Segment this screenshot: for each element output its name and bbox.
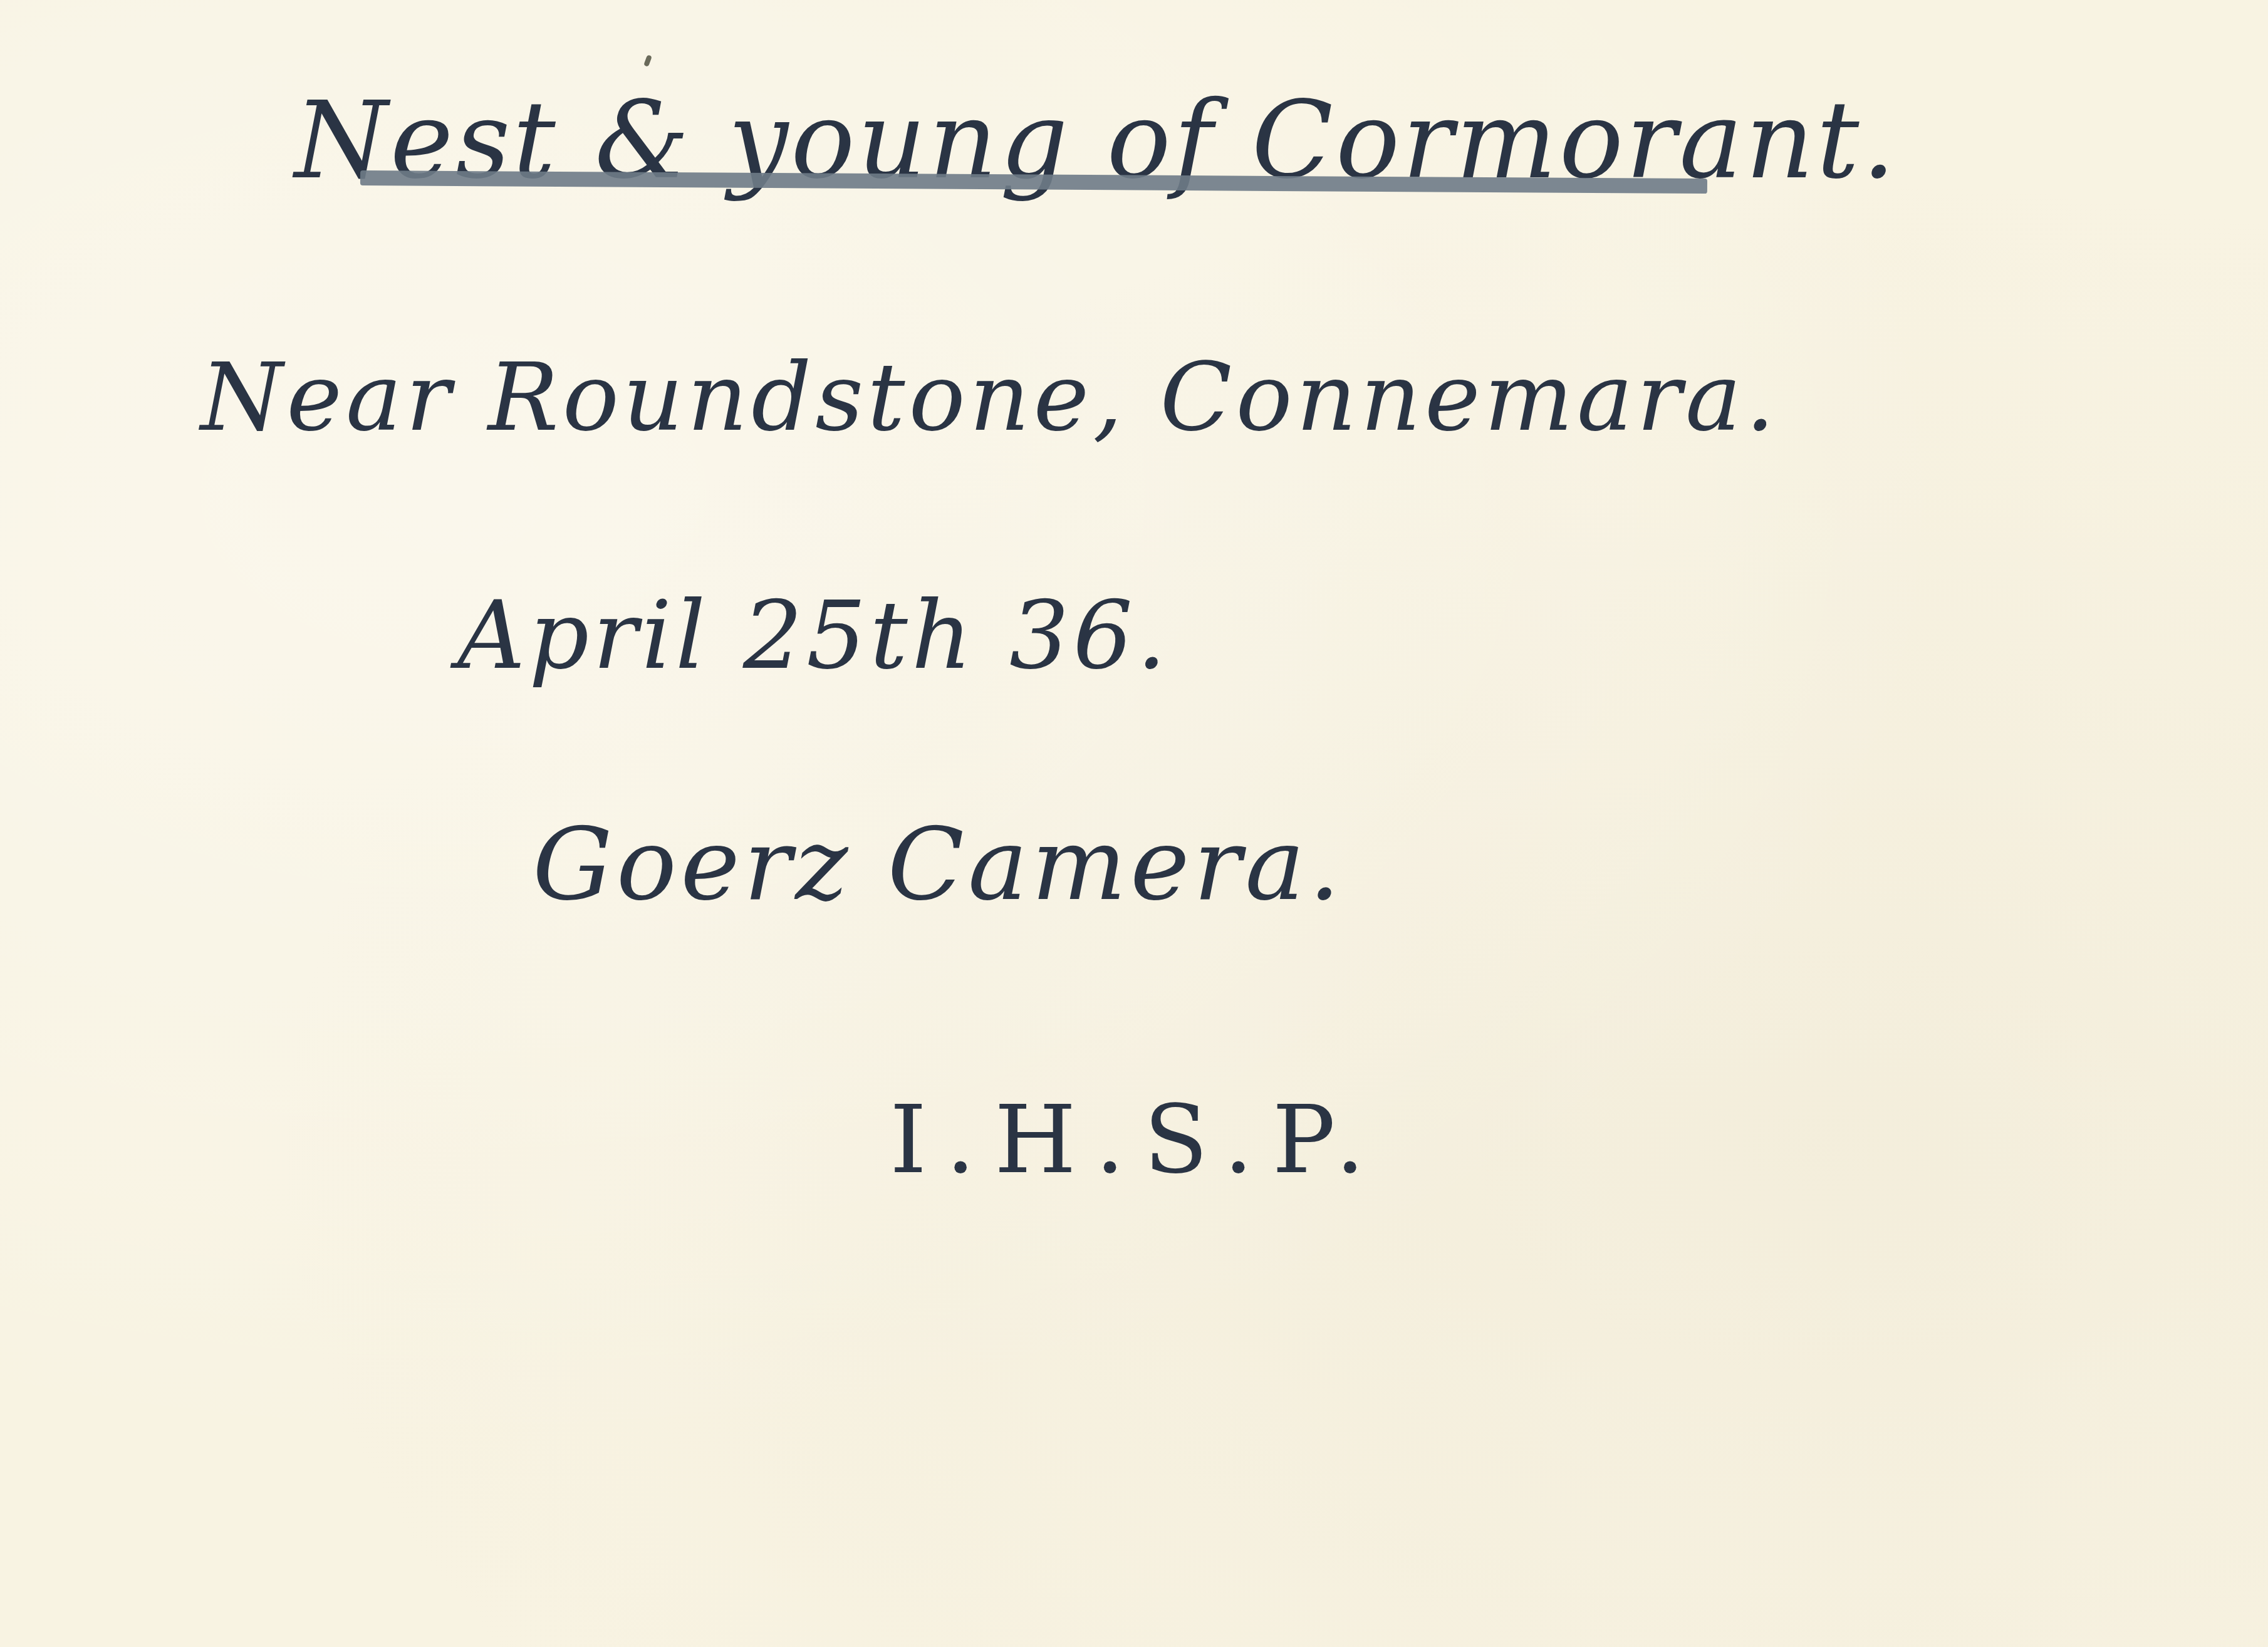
- caption-camera: Goerz Camera.: [533, 814, 1344, 915]
- caption-location: Near Roundstone, Connemara.: [200, 351, 1779, 445]
- caption-date: April 25th 36.: [457, 589, 1170, 683]
- caption-initials: I.H.S.P.: [890, 1093, 1384, 1187]
